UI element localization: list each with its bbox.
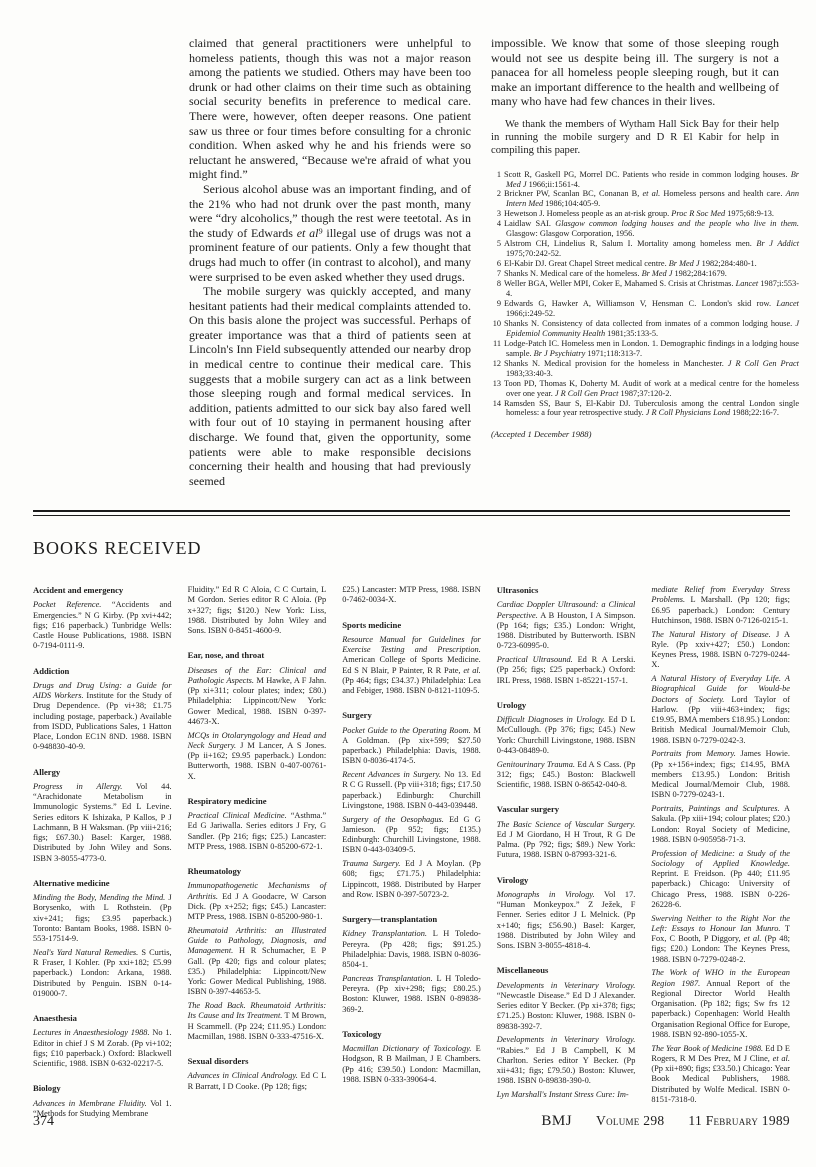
reference-text: Scott R, Gaskell PG, Morrel DC. Patients… (504, 170, 799, 189)
books-category-heading: Surgery (342, 710, 481, 720)
acknowledgement: We thank the members of Wytham Hall Sick… (491, 118, 779, 158)
book-entry: Lyn Marshall's Instant Stress Cure: Im- (497, 1090, 636, 1100)
reference-text: Toon PD, Thomas K, Doherty M. Audit of w… (504, 379, 799, 398)
reference-number: 7 (491, 269, 501, 279)
book-entry: Surgery of the Oesophagus. Ed G G Jamies… (342, 815, 481, 856)
books-column: Fluidity.” Ed R C Aloia, C C Curtain, L … (188, 585, 327, 1095)
reference-number: 11 (491, 339, 501, 349)
reference-item: 4Laidlaw SAI. Glasgow common lodging hou… (491, 219, 799, 239)
reference-number: 3 (491, 209, 501, 219)
book-entry: Pocket Reference. “Accidents and Emergen… (33, 600, 172, 651)
reference-text: Hewetson J. Homeless people as an at-ris… (504, 209, 774, 218)
reference-number: 10 (491, 319, 501, 329)
book-entry: Drugs and Drug Using: a Guide for AIDS W… (33, 681, 172, 753)
reference-item: 1Scott R, Gaskell PG, Morrel DC. Patient… (491, 170, 799, 190)
book-entry: Immunopathogenetic Mechanisms of Arthrit… (188, 881, 327, 922)
article-paragraph: Serious alcohol abuse was an important f… (189, 182, 471, 284)
books-category-heading: Ear, nose, and throat (188, 650, 327, 660)
book-entry: Macmillan Dictionary of Toxicology. E Ho… (342, 1044, 481, 1085)
reference-number: 9 (491, 299, 501, 309)
article-paragraph: claimed that general practitioners were … (189, 36, 471, 182)
reference-text: Laidlaw SAI. Glasgow common lodging hous… (504, 219, 799, 238)
page-footer: 374 BMJ Volume 298 11 February 1989 (33, 1113, 790, 1130)
book-entry: Developments in Veterinary Virology. “Ra… (497, 1035, 636, 1086)
book-entry: Progress in Allergy. Vol 44. “Arachidona… (33, 782, 172, 864)
book-entry: Difficult Diagnoses in Urology. Ed D L M… (497, 715, 636, 756)
book-entry: Neal's Yard Natural Remedies. S Curtis, … (33, 948, 172, 999)
reference-text: Edwards G, Hawker A, Williamson V, Hensm… (504, 299, 799, 318)
reference-number: 1 (491, 170, 501, 180)
books-column: Accident and emergencyPocket Reference. … (33, 585, 172, 1123)
books-category-heading: Ultrasonics (497, 585, 636, 595)
book-entry: Rheumatoid Arthritis: an Illustrated Gui… (188, 926, 327, 998)
article-column-right: impossible. We know that some of those s… (491, 36, 779, 439)
book-entry: A Natural History of Everyday Life. A Bi… (651, 674, 790, 746)
reference-item: 12Shanks N. Medical provision for the ho… (491, 359, 799, 379)
reference-text: Weller BGA, Weller MPI, Coker E, Mahamed… (504, 279, 799, 298)
journal-info: BMJ Volume 298 11 February 1989 (541, 1113, 790, 1130)
book-entry: The Basic Science of Vascular Surgery. E… (497, 820, 636, 861)
reference-number: 6 (491, 259, 501, 269)
book-entry: The Year Book of Medicine 1988. Ed D E R… (651, 1044, 790, 1106)
reference-text: Shanks N. Medical provision for the home… (504, 359, 799, 378)
reference-text: Shanks N. Consistency of data collected … (504, 319, 799, 338)
book-entry: mediate Relief from Everyday Stress Prob… (651, 585, 790, 626)
books-category-heading: Anaesthesia (33, 1013, 172, 1023)
book-entry: MCQs in Otolaryngology and Head and Neck… (188, 731, 327, 782)
book-entry: The Work of WHO in the European Region 1… (651, 968, 790, 1040)
reference-item: 5Alstrom CH, Lindelius R, Salum I. Morta… (491, 239, 799, 259)
book-entry: The Road Back. Rheumatoid Arthritis: Its… (188, 1001, 327, 1042)
issue-date: 11 February 1989 (688, 1113, 790, 1129)
reference-item: 9Edwards G, Hawker A, Williamson V, Hens… (491, 299, 799, 319)
book-entry: Advances in Clinical Andrology. Ed C L R… (188, 1071, 327, 1092)
reference-number: 12 (491, 359, 501, 369)
reference-number: 8 (491, 279, 501, 289)
books-category-heading: Biology (33, 1083, 172, 1093)
reference-text: Lodge-Patch IC. Homeless men in London. … (504, 339, 799, 358)
book-entry: Pocket Guide to the Operating Room. M A … (342, 726, 481, 767)
book-entry: Swerving Neither to the Right Nor the Le… (651, 914, 790, 965)
section-divider (33, 510, 790, 516)
books-category-heading: Respiratory medicine (188, 796, 327, 806)
books-category-heading: Rheumatology (188, 866, 327, 876)
book-entry: Profession of Medicine: a Study of the S… (651, 849, 790, 911)
book-entry: Trauma Surgery. Ed J A Moylan. (Pp 608; … (342, 859, 481, 900)
article-paragraph: The mobile surgery was quickly accepted,… (189, 284, 471, 488)
reference-text: Alstrom CH, Lindelius R, Salum I. Mortal… (504, 239, 799, 258)
books-category-heading: Miscellaneous (497, 965, 636, 975)
reference-number: 13 (491, 379, 501, 389)
books-category-heading: Vascular surgery (497, 804, 636, 814)
reference-item: 6El-Kabir DJ. Great Chapel Street medica… (491, 259, 799, 269)
books-received-title: BOOKS RECEIVED (33, 538, 202, 559)
book-entry: Recent Advances in Surgery. No 13. Ed R … (342, 770, 481, 811)
books-column: mediate Relief from Everyday Stress Prob… (651, 585, 790, 1109)
reference-number: 5 (491, 239, 501, 249)
reference-item: 13Toon PD, Thomas K, Doherty M. Audit of… (491, 379, 799, 399)
books-category-heading: Surgery—transplantation (342, 914, 481, 924)
journal-page: claimed that general practitioners were … (0, 0, 816, 1167)
book-entry: Portraits from Memory. James Howie. (Pp … (651, 749, 790, 800)
reference-item: 2Brickner PW, Scanlan BC, Conanan B, et … (491, 189, 799, 209)
book-entry: Monographs in Virology. Vol 17. “Human M… (497, 890, 636, 952)
books-category-heading: Allergy (33, 767, 172, 777)
reference-item: 3Hewetson J. Homeless people as an at-ri… (491, 209, 799, 219)
reference-item: 7Shanks N. Medical care of the homeless.… (491, 269, 799, 279)
book-entry: Cardiac Doppler Ultrasound: a Clinical P… (497, 600, 636, 651)
reference-item: 8Weller BGA, Weller MPI, Coker E, Mahame… (491, 279, 799, 299)
book-entry: £25.) Lancaster: MTP Press, 1988. ISBN 0… (342, 585, 481, 606)
reference-text: El-Kabir DJ. Great Chapel Street medical… (504, 259, 757, 268)
books-category-heading: Addiction (33, 666, 172, 676)
books-category-heading: Urology (497, 700, 636, 710)
books-category-heading: Sexual disorders (188, 1056, 327, 1066)
reference-item: 11Lodge-Patch IC. Homeless men in London… (491, 339, 799, 359)
books-column: UltrasonicsCardiac Doppler Ultrasound: a… (497, 585, 636, 1104)
book-entry: Genitourinary Trauma. Ed A S Cass. (Pp 3… (497, 760, 636, 791)
reference-number: 4 (491, 219, 501, 229)
book-entry: Kidney Transplantation. L H Toledo-Perey… (342, 929, 481, 970)
article-column-left: claimed that general practitioners were … (189, 36, 471, 488)
book-entry: Pancreas Transplantation. L H Toledo-Per… (342, 974, 481, 1015)
book-entry: Practical Ultrasound. Ed R A Lerski. (Pp… (497, 655, 636, 686)
book-entry: Fluidity.” Ed R C Aloia, C C Curtain, L … (188, 585, 327, 636)
books-column: £25.) Lancaster: MTP Press, 1988. ISBN 0… (342, 585, 481, 1089)
book-entry: Minding the Body, Mending the Mind. J Bo… (33, 893, 172, 944)
reference-text: Shanks N. Medical care of the homeless. … (504, 269, 727, 278)
reference-list: 1Scott R, Gaskell PG, Morrel DC. Patient… (491, 170, 799, 419)
accepted-note: (Accepted 1 December 1988) (491, 429, 779, 439)
books-category-heading: Accident and emergency (33, 585, 172, 595)
book-entry: The Natural History of Disease. J A Ryle… (651, 630, 790, 671)
book-entry: Practical Clinical Medicine. “Asthma.” E… (188, 811, 327, 852)
books-category-heading: Alternative medicine (33, 878, 172, 888)
reference-item: 14Ramsden SS, Baur S, El-Kabir DJ. Tuber… (491, 399, 799, 419)
reference-number: 14 (491, 399, 501, 409)
reference-text: Ramsden SS, Baur S, El-Kabir DJ. Tubercu… (504, 399, 799, 418)
article-paragraph: impossible. We know that some of those s… (491, 36, 779, 109)
page-number: 374 (33, 1114, 54, 1130)
book-entry: Diseases of the Ear: Clinical and Pathol… (188, 666, 327, 728)
books-category-heading: Sports medicine (342, 620, 481, 630)
book-entry: Portraits, Paintings and Sculptures. A S… (651, 804, 790, 845)
books-category-heading: Virology (497, 875, 636, 885)
book-entry: Developments in Veterinary Virology. “Ne… (497, 981, 636, 1032)
books-category-heading: Toxicology (342, 1029, 481, 1039)
reference-number: 2 (491, 189, 501, 199)
journal-title: BMJ (541, 1113, 572, 1130)
books-columns: Accident and emergencyPocket Reference. … (33, 585, 790, 1123)
book-entry: Lectures in Anaesthesiology 1988. No 1. … (33, 1028, 172, 1069)
reference-text: Brickner PW, Scanlan BC, Conanan B, et a… (504, 189, 799, 208)
reference-item: 10Shanks N. Consistency of data collecte… (491, 319, 799, 339)
volume-number: Volume 298 (596, 1113, 664, 1129)
book-entry: Resource Manual for Guidelines for Exerc… (342, 635, 481, 697)
